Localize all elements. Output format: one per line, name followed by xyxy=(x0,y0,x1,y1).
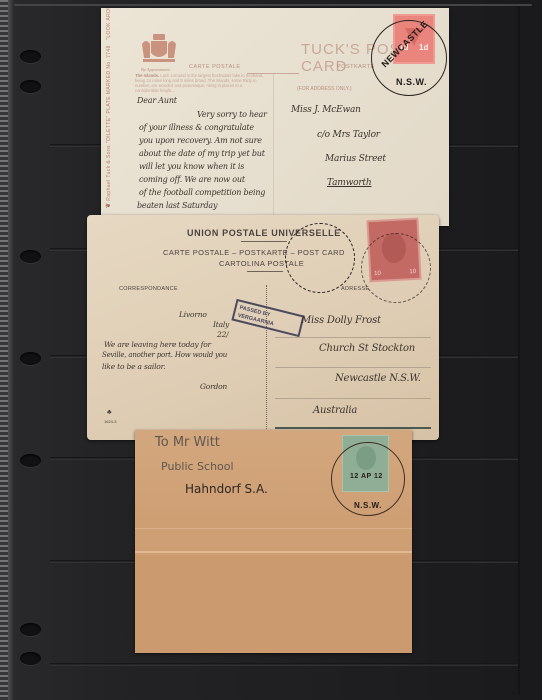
newspaper-wrapper: 12 AP 12 N.S.W. To Mr Witt Public School… xyxy=(135,430,412,653)
punch-hole xyxy=(20,80,41,93)
postkarte-label: POSTKARTE xyxy=(337,64,375,70)
address-line: Church St Stockton xyxy=(319,343,415,354)
address-rule xyxy=(275,398,431,399)
address-rule xyxy=(275,427,431,429)
signature: Gordon xyxy=(200,381,227,392)
message-line: about the date of my trip yet but xyxy=(139,147,265,160)
punch-hole xyxy=(20,623,41,636)
card-divider xyxy=(273,74,274,222)
message-line: Seville, another port. How would you xyxy=(102,350,227,361)
wrapper-lower-panel xyxy=(135,555,412,653)
message-line: Dear Aunt xyxy=(137,94,177,107)
punch-hole xyxy=(20,352,41,365)
message-line: will let you know when it is xyxy=(139,160,244,173)
circular-postmark xyxy=(285,223,355,293)
circular-postmark xyxy=(361,233,431,303)
stock-strip xyxy=(50,663,518,666)
correspondence-label: CORRESPONDANCE xyxy=(119,286,178,292)
punch-hole xyxy=(20,50,41,63)
wrapper-fold xyxy=(135,551,412,553)
message-line: Very sorry to hear xyxy=(197,108,267,121)
censor-handstamp: PASSED BY VERGAARNIA xyxy=(231,299,304,337)
page-right-edge xyxy=(518,6,520,694)
address-line: Miss Dolly Frost xyxy=(301,315,381,326)
message-line: beaten last Saturday xyxy=(137,199,217,212)
publisher-side-text: ❦ Raphael Tuck & Sons "OILETTE" PLATE MA… xyxy=(105,8,112,208)
publisher-logo-icon: ♣ xyxy=(107,409,112,416)
message-line: you upon recovery. Am not sure xyxy=(139,134,262,147)
message-header: 22/ xyxy=(217,329,228,340)
message-header: Livorno xyxy=(179,309,207,320)
address-rule xyxy=(275,367,431,368)
card-blurb: The Islands. Loch Lomond is the largest … xyxy=(135,73,267,93)
newcastle-postmark: NEWCASTLE N.S.W. xyxy=(371,20,447,96)
punch-hole xyxy=(20,250,41,263)
message-line: We are leaving here today for xyxy=(104,339,211,350)
message-line: of the football competition being xyxy=(139,186,265,199)
newcastle-west-postmark: 12 AP 12 N.S.W. xyxy=(331,442,405,516)
heading-rule xyxy=(241,241,287,242)
punch-hole xyxy=(20,652,41,665)
subheading-rule xyxy=(247,271,283,272)
punch-hole xyxy=(20,454,41,467)
album-binding xyxy=(0,0,8,700)
address-line: c/o Mrs Taylor xyxy=(317,130,380,140)
message-line: like to be a sailor. xyxy=(102,361,165,372)
tucks-postcard: By Appointment ❦ Raphael Tuck & Sons "OI… xyxy=(101,8,449,226)
address-line: Australia xyxy=(313,405,357,416)
message-line: of your illness & congratulate xyxy=(139,121,254,134)
carte-postale-label: CARTE POSTALE xyxy=(189,64,241,70)
publisher-number: 1624-3 xyxy=(104,419,116,424)
address-label: ADRESSE xyxy=(341,286,369,292)
address-only-label: (FOR ADDRESS ONLY.) xyxy=(297,86,352,92)
address-line: Public School xyxy=(161,460,234,473)
address-line: Newcastle N.S.W. xyxy=(335,373,421,384)
address-line: Miss J. McEwan xyxy=(291,105,361,115)
by-appointment-label: By Appointment xyxy=(141,67,170,72)
upu-postcard: UNION POSTALE UNIVERSELLE CARTE POSTALE … xyxy=(87,215,439,440)
message-line: coming off. We are now out xyxy=(139,173,245,186)
sleeve-edge xyxy=(8,0,14,700)
address-line: To Mr Witt xyxy=(155,435,220,450)
address-line: Marius Street xyxy=(325,154,386,164)
address-line: Tamworth xyxy=(327,178,371,188)
royal-crest-icon xyxy=(139,32,179,66)
address-line: Hahndorf S.A. xyxy=(185,482,268,496)
page-top-edge xyxy=(14,4,532,6)
wrapper-fold xyxy=(135,528,412,529)
